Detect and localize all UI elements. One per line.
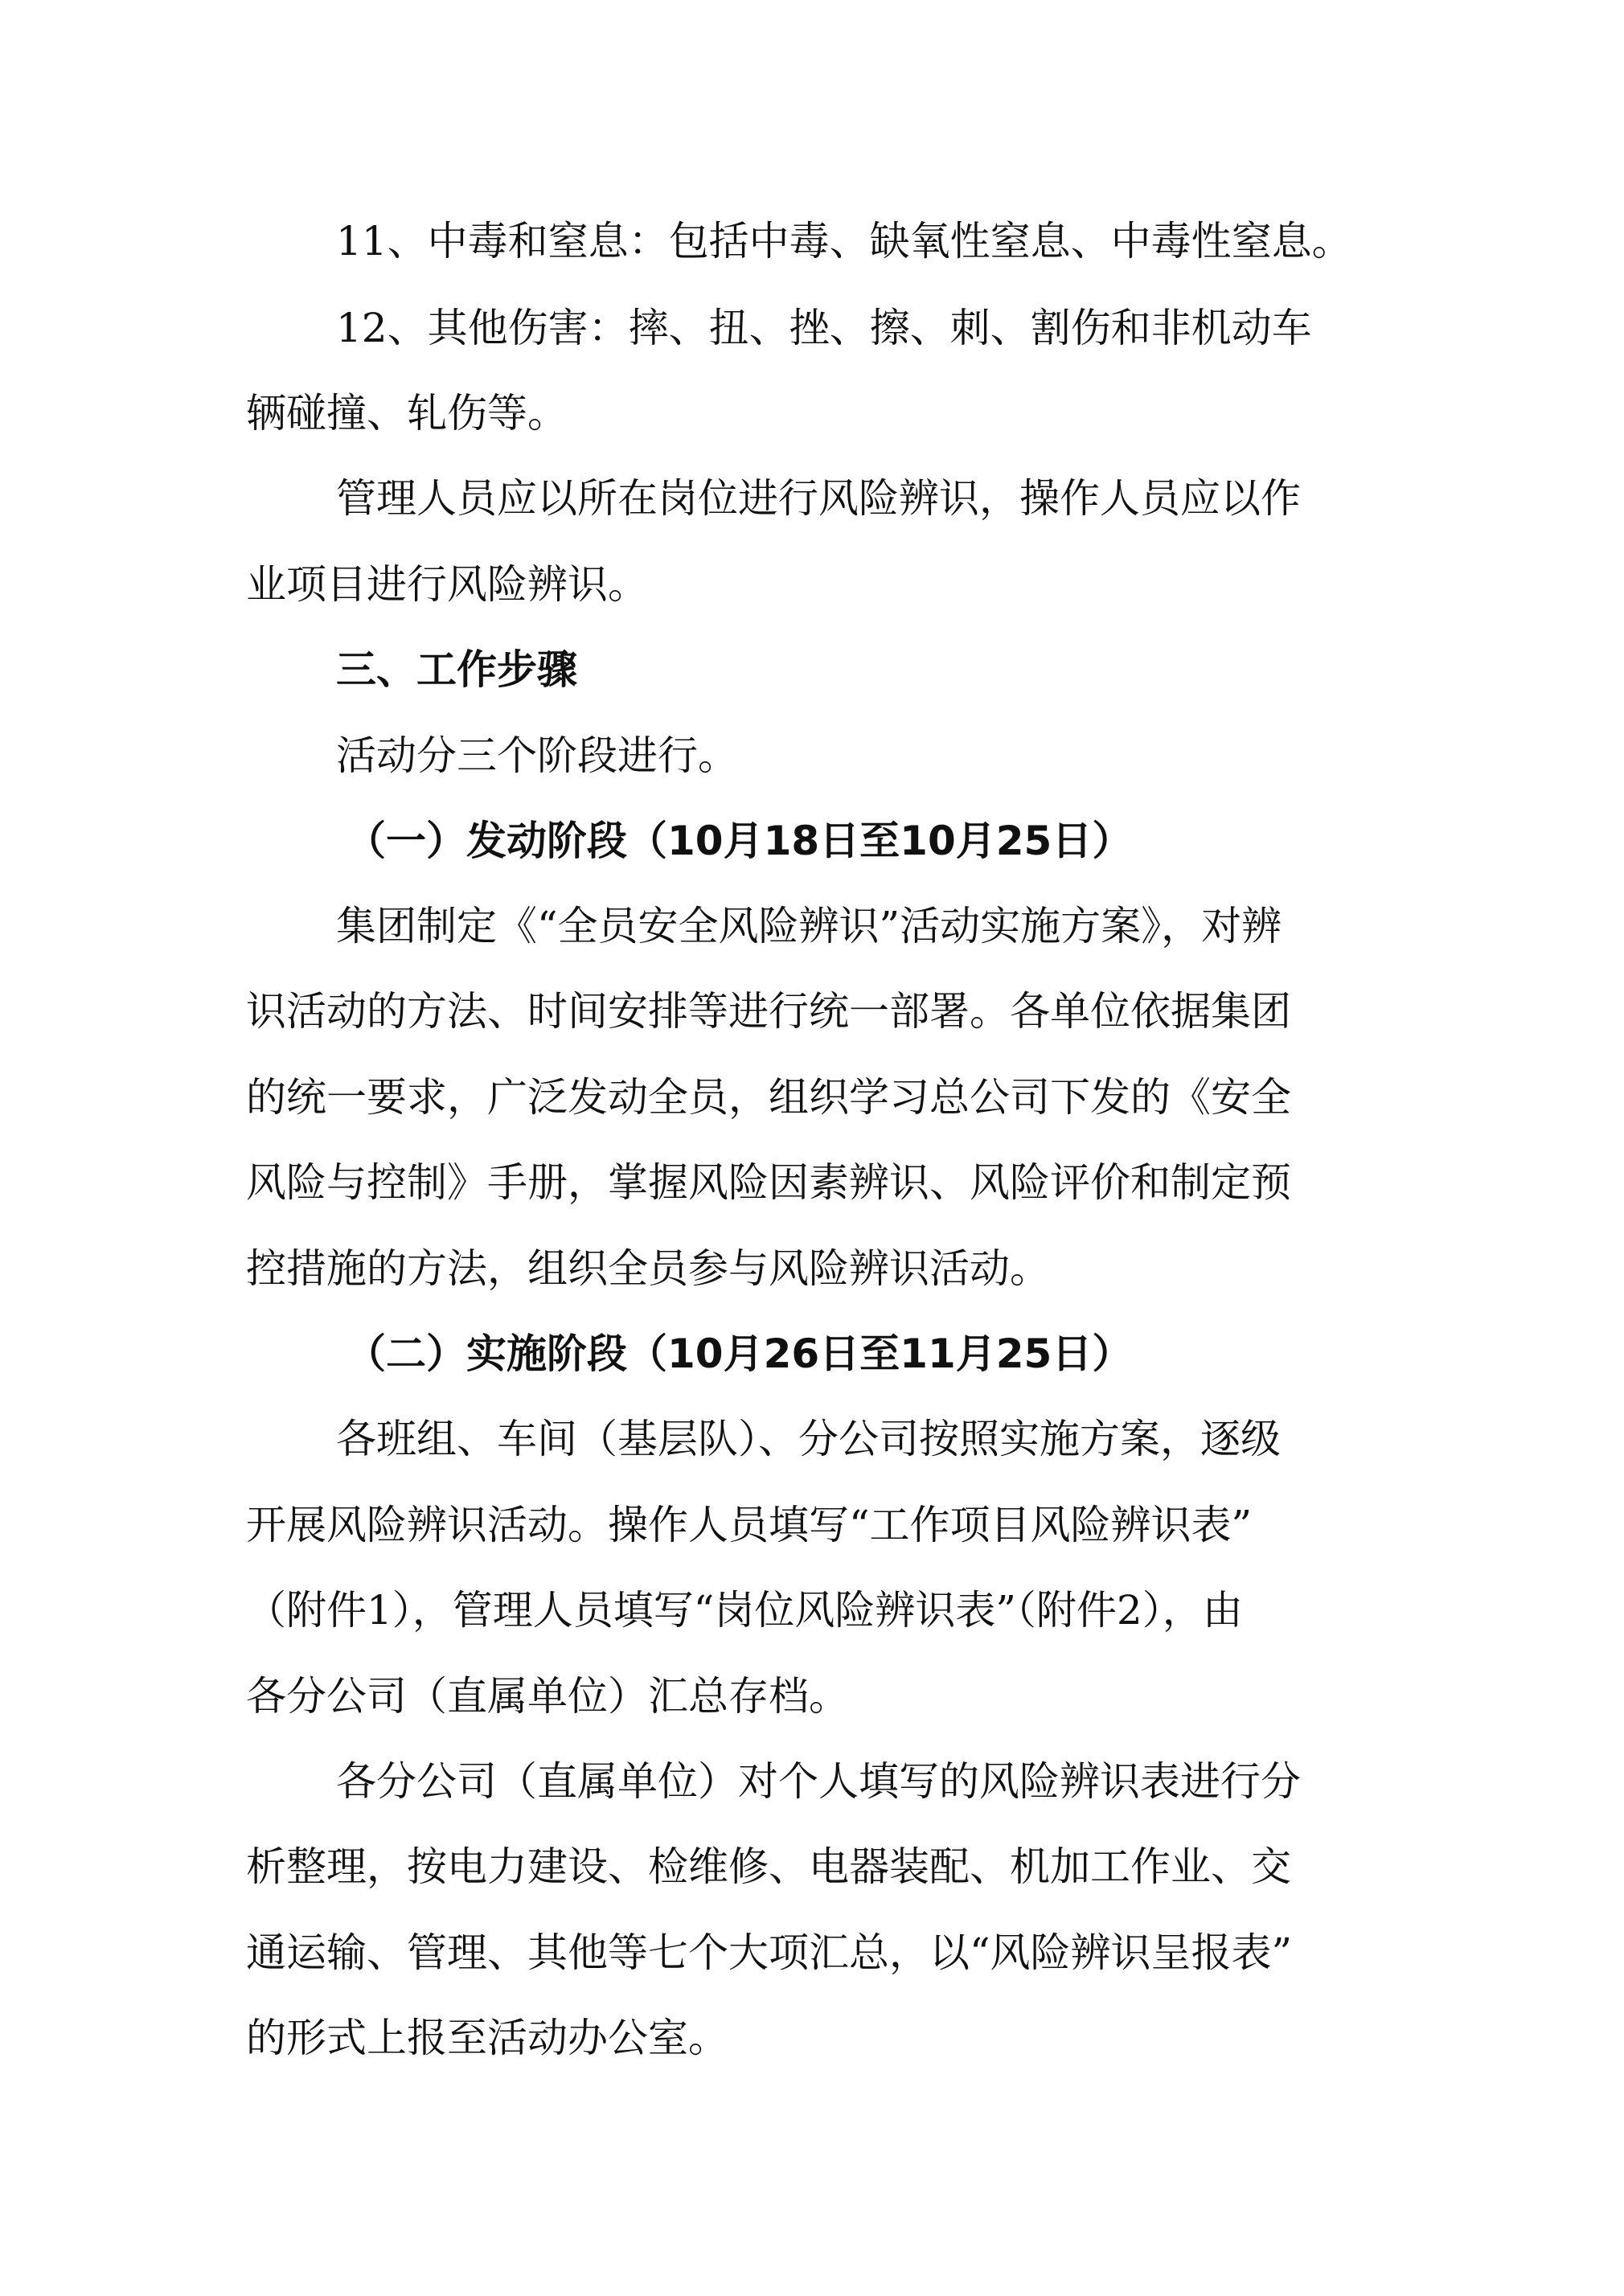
paragraph-implementation-1: 各班组、车间（基层队）、分公司按照实施方案，逐级 — [336, 1415, 1281, 1463]
paragraph-three-stages: 活动分三个阶段进行。 — [336, 732, 738, 780]
paragraph-identification-basis-cont: 业项目进行风险辨识。 — [246, 560, 648, 609]
paragraph-mobilization-4: 风险与控制》手册，掌握风险因素辨识、风险评价和制定预 — [246, 1158, 1291, 1207]
paragraph-summary-1: 各分公司（直属单位）对个人填写的风险辨识表进行分 — [336, 1757, 1301, 1806]
section-heading-work-steps: 三、工作步骤 — [336, 646, 577, 694]
paragraph-summary-4: 的形式上报至活动办公室。 — [246, 2014, 728, 2062]
paragraph-implementation-2: 开展风险辨识活动。操作人员填写“工作项目风险辨识表” — [246, 1501, 1252, 1549]
item-12-continued: 辆碰撞、轧伤等。 — [246, 389, 568, 437]
paragraph-implementation-3: （附件1），管理人员填写“岗位风险辨识表”（附件2），由 — [246, 1586, 1243, 1634]
document-page: 11、中毒和窒息：包括中毒、缺氧性窒息、中毒性窒息。 12、其他伤害：摔、扭、挫… — [0, 0, 1624, 2296]
paragraph-summary-2: 析整理，按电力建设、检维修、电器装配、机加工作业、交 — [246, 1843, 1291, 1891]
paragraph-identification-basis: 管理人员应以所在岗位进行风险辨识，操作人员应以作 — [336, 474, 1301, 523]
subheading-mobilization-stage: （一）发动阶段（10月18日至10月25日） — [346, 817, 1132, 865]
subheading-implementation-stage: （二）实施阶段（10月26日至11月25日） — [346, 1330, 1132, 1378]
paragraph-implementation-4: 各分公司（直属单位）汇总存档。 — [246, 1672, 849, 1720]
paragraph-summary-3: 通运输、管理、其他等七个大项汇总，以“风险辨识呈报表” — [246, 1929, 1292, 1977]
item-11-poisoning: 11、中毒和窒息：包括中毒、缺氧性窒息、中毒性窒息。 — [336, 217, 1352, 265]
paragraph-mobilization-2: 识活动的方法、时间安排等进行统一部署。各单位依据集团 — [246, 987, 1291, 1035]
item-12-other-injuries: 12、其他伤害：摔、扭、挫、擦、刺、割伤和非机动车 — [336, 304, 1312, 352]
paragraph-mobilization-5: 控措施的方法，组织全员参与风险辨识活动。 — [246, 1244, 1050, 1293]
paragraph-mobilization-1: 集团制定《“全员安全风险辨识”活动实施方案》，对辨 — [336, 902, 1282, 950]
paragraph-mobilization-3: 的统一要求，广泛发动全员，组织学习总公司下发的《安全 — [246, 1073, 1291, 1121]
